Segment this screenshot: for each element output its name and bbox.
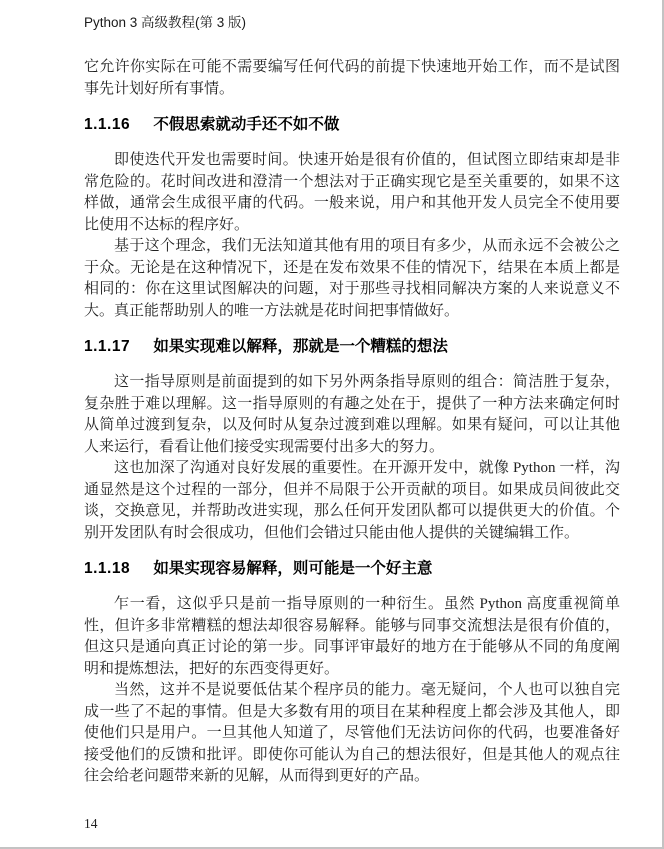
page-number: 14: [84, 816, 98, 832]
body-paragraph: 乍一看，这似乎只是前一指导原则的一种衍生。虽然 Python 高度重视简单性，但…: [84, 594, 620, 680]
body-paragraph: 它允许你实际在可能不需要编写任何代码的前提下快速地开始工作，而不是试图事先计划好…: [84, 57, 620, 100]
running-header: Python 3 高级教程(第 3 版): [84, 14, 620, 32]
section-title: 如果实现容易解释，则可能是一个好主意: [153, 560, 432, 577]
book-page: Python 3 高级教程(第 3 版) 它允许你实际在可能不需要编写任何代码的…: [0, 0, 664, 849]
body-paragraph: 基于这个理念，我们无法知道其他有用的项目有多少，从而永远不会被公之于众。无论是在…: [84, 236, 620, 322]
section-number: 1.1.18: [84, 558, 130, 579]
body-paragraph: 这也加深了沟通对良好发展的重要性。在开源开发中，就像 Python 一样，沟通显…: [84, 458, 620, 544]
body-paragraph: 即使迭代开发也需要时间。快速开始是很有价值的，但试图立即结束却是非常危险的。花时…: [84, 150, 620, 236]
body-paragraph: 这一指导原则是前面提到的如下另外两条指导原则的组合：简洁胜于复杂，复杂胜于难以理…: [84, 372, 620, 458]
section-heading-1-1-18: 1.1.18 如果实现容易解释，则可能是一个好主意: [84, 558, 620, 579]
section-title: 不假思索就动手还不如不做: [153, 116, 339, 133]
page-body: 它允许你实际在可能不需要编写任何代码的前提下快速地开始工作，而不是试图事先计划好…: [84, 57, 620, 788]
section-heading-1-1-17: 1.1.17 如果实现难以解释，那就是一个糟糕的想法: [84, 336, 620, 357]
section-title: 如果实现难以解释，那就是一个糟糕的想法: [153, 338, 448, 355]
section-number: 1.1.16: [84, 114, 130, 135]
section-heading-1-1-16: 1.1.16 不假思索就动手还不如不做: [84, 114, 620, 135]
body-paragraph: 当然，这并不是说要低估某个程序员的能力。毫无疑问，个人也可以独自完成一些了不起的…: [84, 680, 620, 788]
section-number: 1.1.17: [84, 336, 130, 357]
